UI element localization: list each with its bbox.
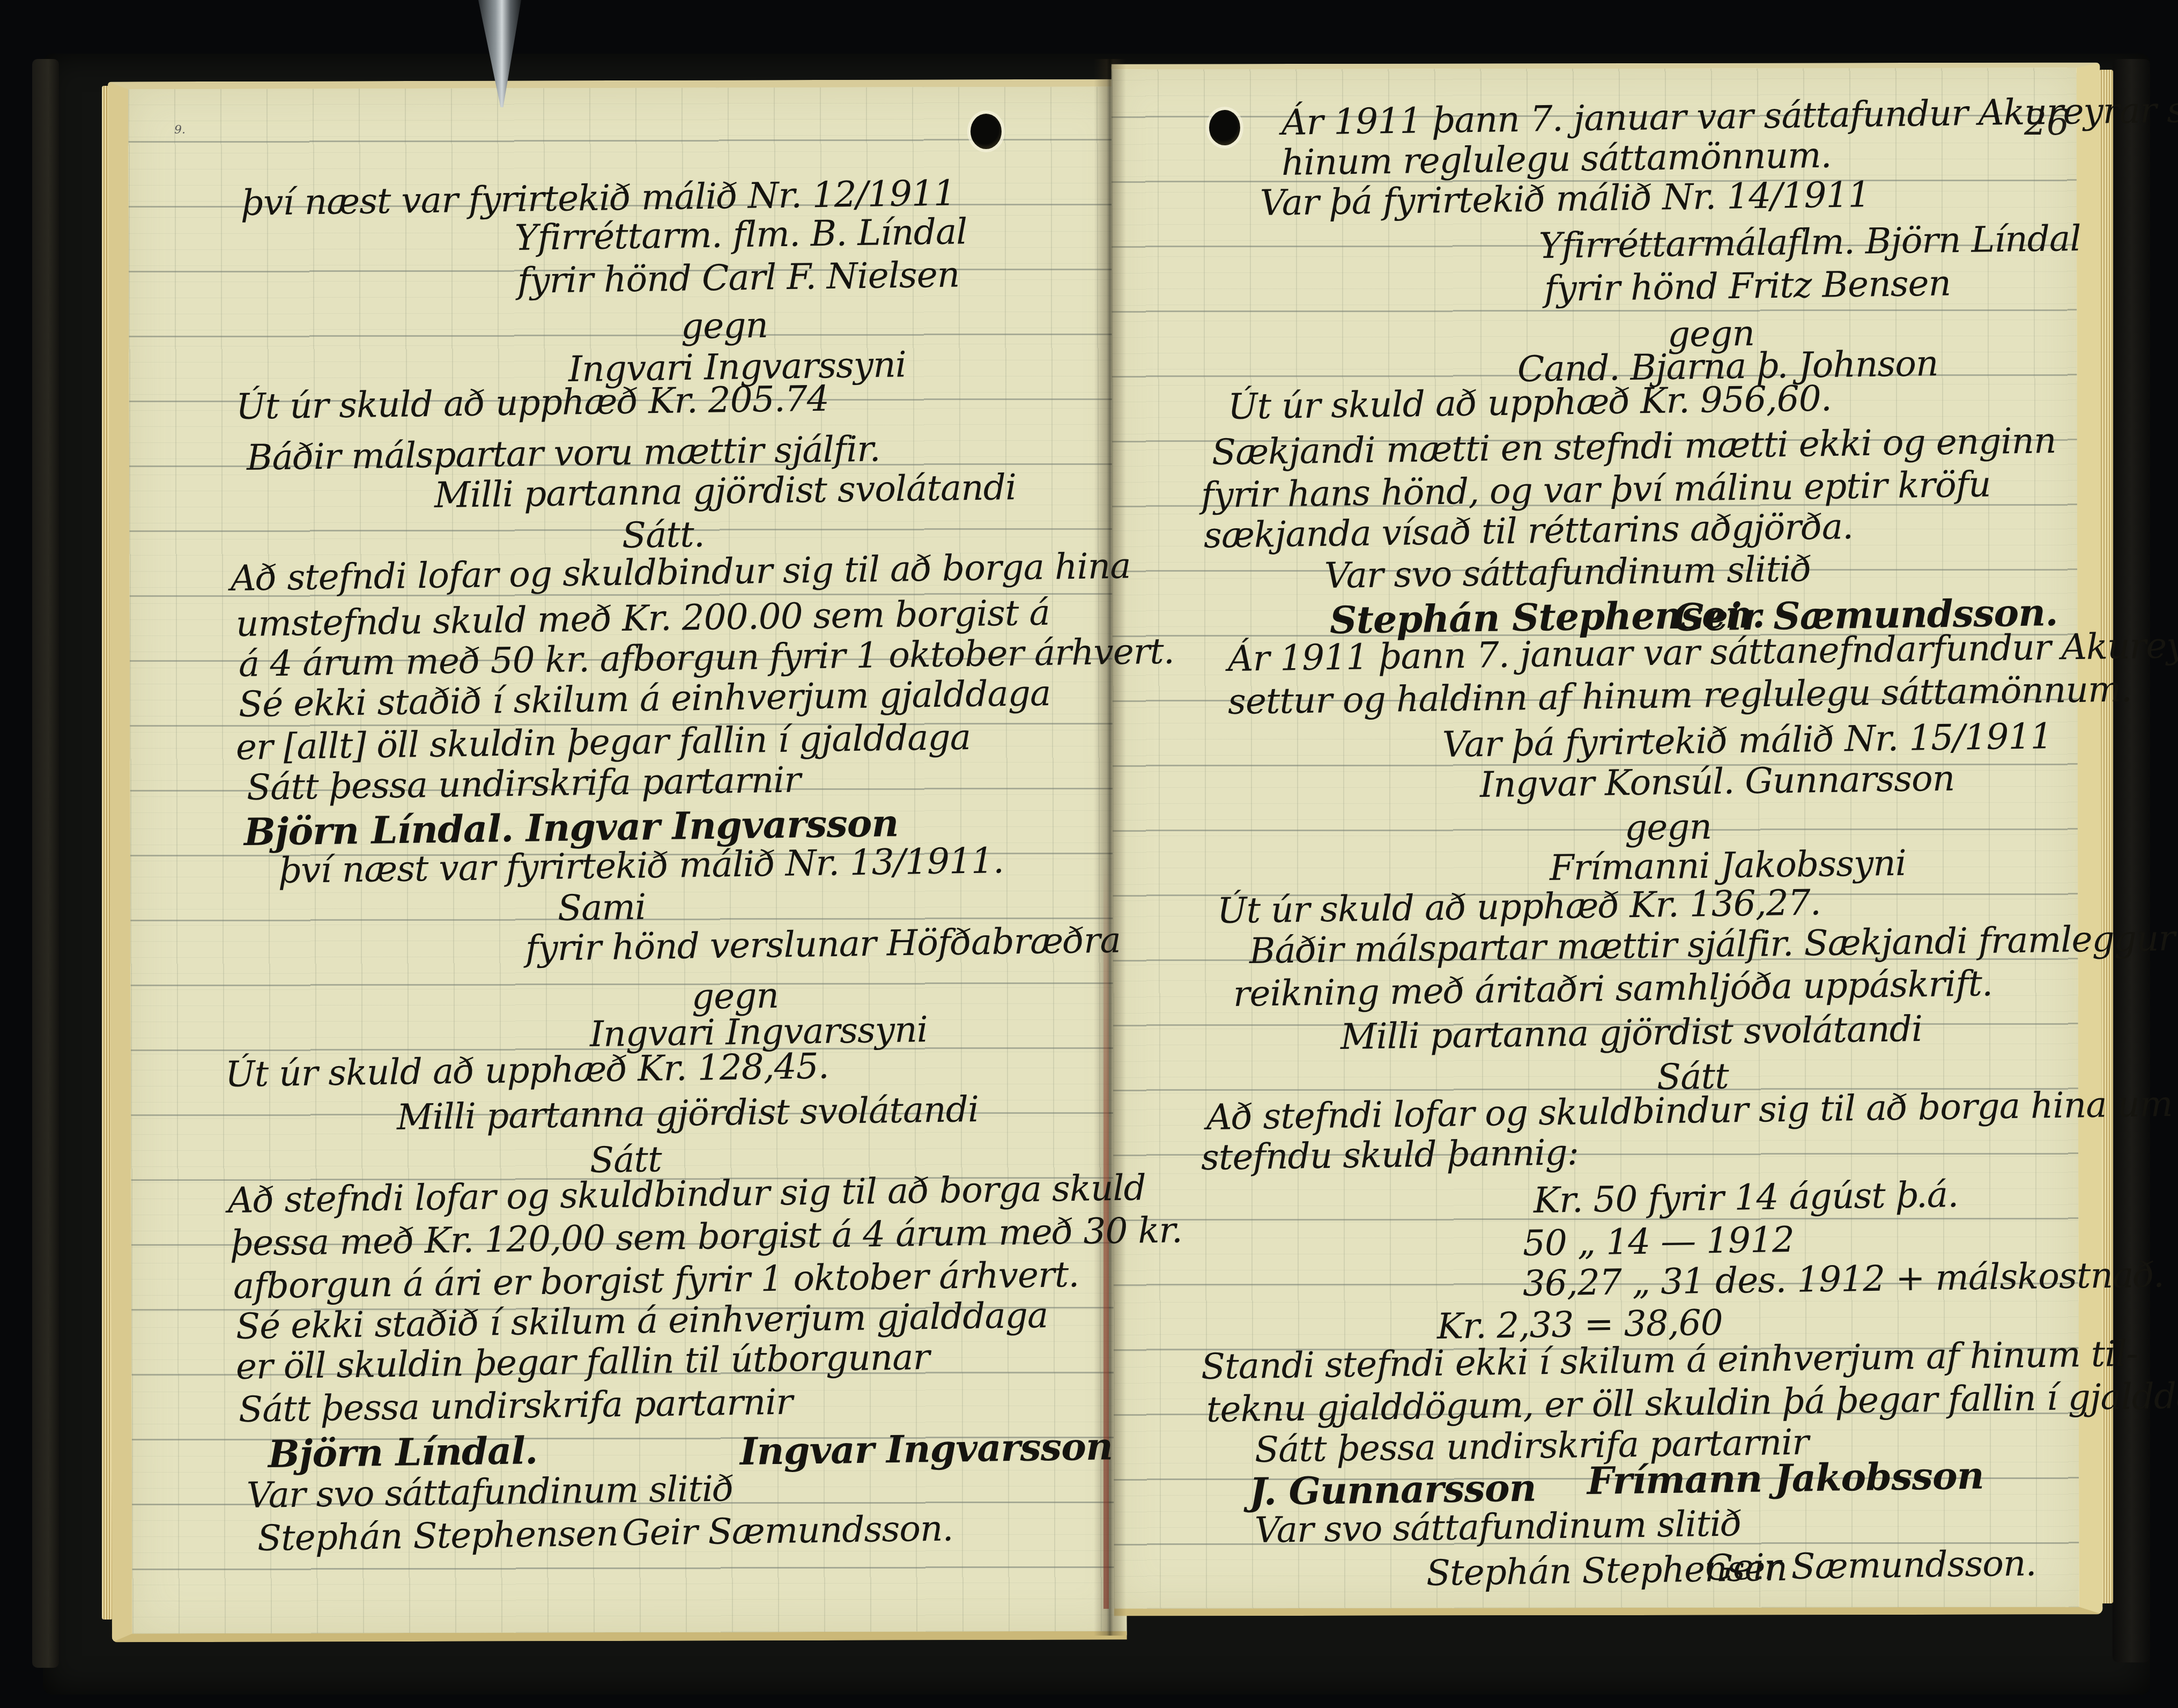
text-line: Út úr skuld að upphæð Kr. 128,45. bbox=[225, 1045, 829, 1095]
text-line: Út úr skuld að upphæð Kr. 956,60. bbox=[1227, 378, 1832, 427]
text-line: Sátt þessa undirskrifa partarnir bbox=[246, 759, 801, 808]
text-line: Sátt. bbox=[621, 514, 705, 556]
text-line: fyrir hönd Fritz Bensen bbox=[1544, 262, 1951, 309]
text-line: Var þá fyrirtekið málið Nr. 15/1911 bbox=[1442, 715, 2052, 765]
text-line: fyrir hönd verslunar Höfðabræðra bbox=[525, 920, 1121, 969]
text-line: gegn bbox=[1624, 806, 1712, 848]
signature-line: Frímann Jakobsson bbox=[1587, 1453, 1984, 1503]
text-line: Geir Sæmundsson. bbox=[621, 1507, 953, 1554]
text-line: Sami bbox=[557, 886, 646, 929]
punch-hole-right bbox=[1209, 110, 1240, 145]
payment-line: Kr. 50 fyrir 14 ágúst þ.á. bbox=[1533, 1174, 1958, 1221]
text-line: Stephán Stephensen bbox=[257, 1513, 618, 1559]
signature-line: Björn Líndal. bbox=[268, 1428, 537, 1476]
text-line: Geir Sæmundsson. bbox=[1705, 1542, 2036, 1588]
text-line: stefndu skuld þannig: bbox=[1201, 1132, 1579, 1178]
punch-hole-left bbox=[971, 114, 1002, 149]
signature-line: Ingvar Ingvarsson bbox=[739, 1424, 1113, 1474]
text-line: Milli partanna gjördist svolátandi bbox=[1340, 1008, 1922, 1058]
text-line: Var svo sáttafundinum slitið bbox=[1254, 1503, 1742, 1551]
payment-line: 50 „ 14 — 1912 bbox=[1522, 1219, 1794, 1264]
text-line: gegn bbox=[680, 305, 768, 347]
book-gutter bbox=[1094, 59, 1126, 1636]
text-line: Milli partanna gjördist svolátandi bbox=[396, 1089, 979, 1138]
text-line: Yfirréttarm. flm. B. Líndal bbox=[514, 211, 967, 258]
text-line: Yfirréttarmálaflm. Björn Líndal bbox=[1538, 218, 2081, 267]
text-line: Sátt þessa undirskrifa partarnir bbox=[238, 1381, 792, 1430]
cover-edge-right bbox=[2113, 59, 2150, 1662]
cover-edge-left bbox=[32, 59, 59, 1668]
text-line: Var svo sáttafundinum slitið bbox=[246, 1468, 734, 1516]
margin-mark: 9. bbox=[174, 123, 186, 137]
text-line: fyrir hönd Carl F. Nielsen bbox=[517, 254, 959, 301]
text-line: Var þá fyrirtekið málið Nr. 14/1911 bbox=[1260, 174, 1870, 224]
text-line: Ingvar Konsúl. Gunnarsson bbox=[1479, 758, 1954, 805]
text-line: Var svo sáttafundinum slitið bbox=[1324, 548, 1811, 596]
text-line: Frímanni Jakobssyni bbox=[1549, 842, 1906, 889]
text-line: Út úr skuld að upphæð Kr. 205.74 bbox=[235, 378, 829, 427]
text-line: Milli partanna gjördist svolátandi bbox=[434, 467, 1016, 516]
